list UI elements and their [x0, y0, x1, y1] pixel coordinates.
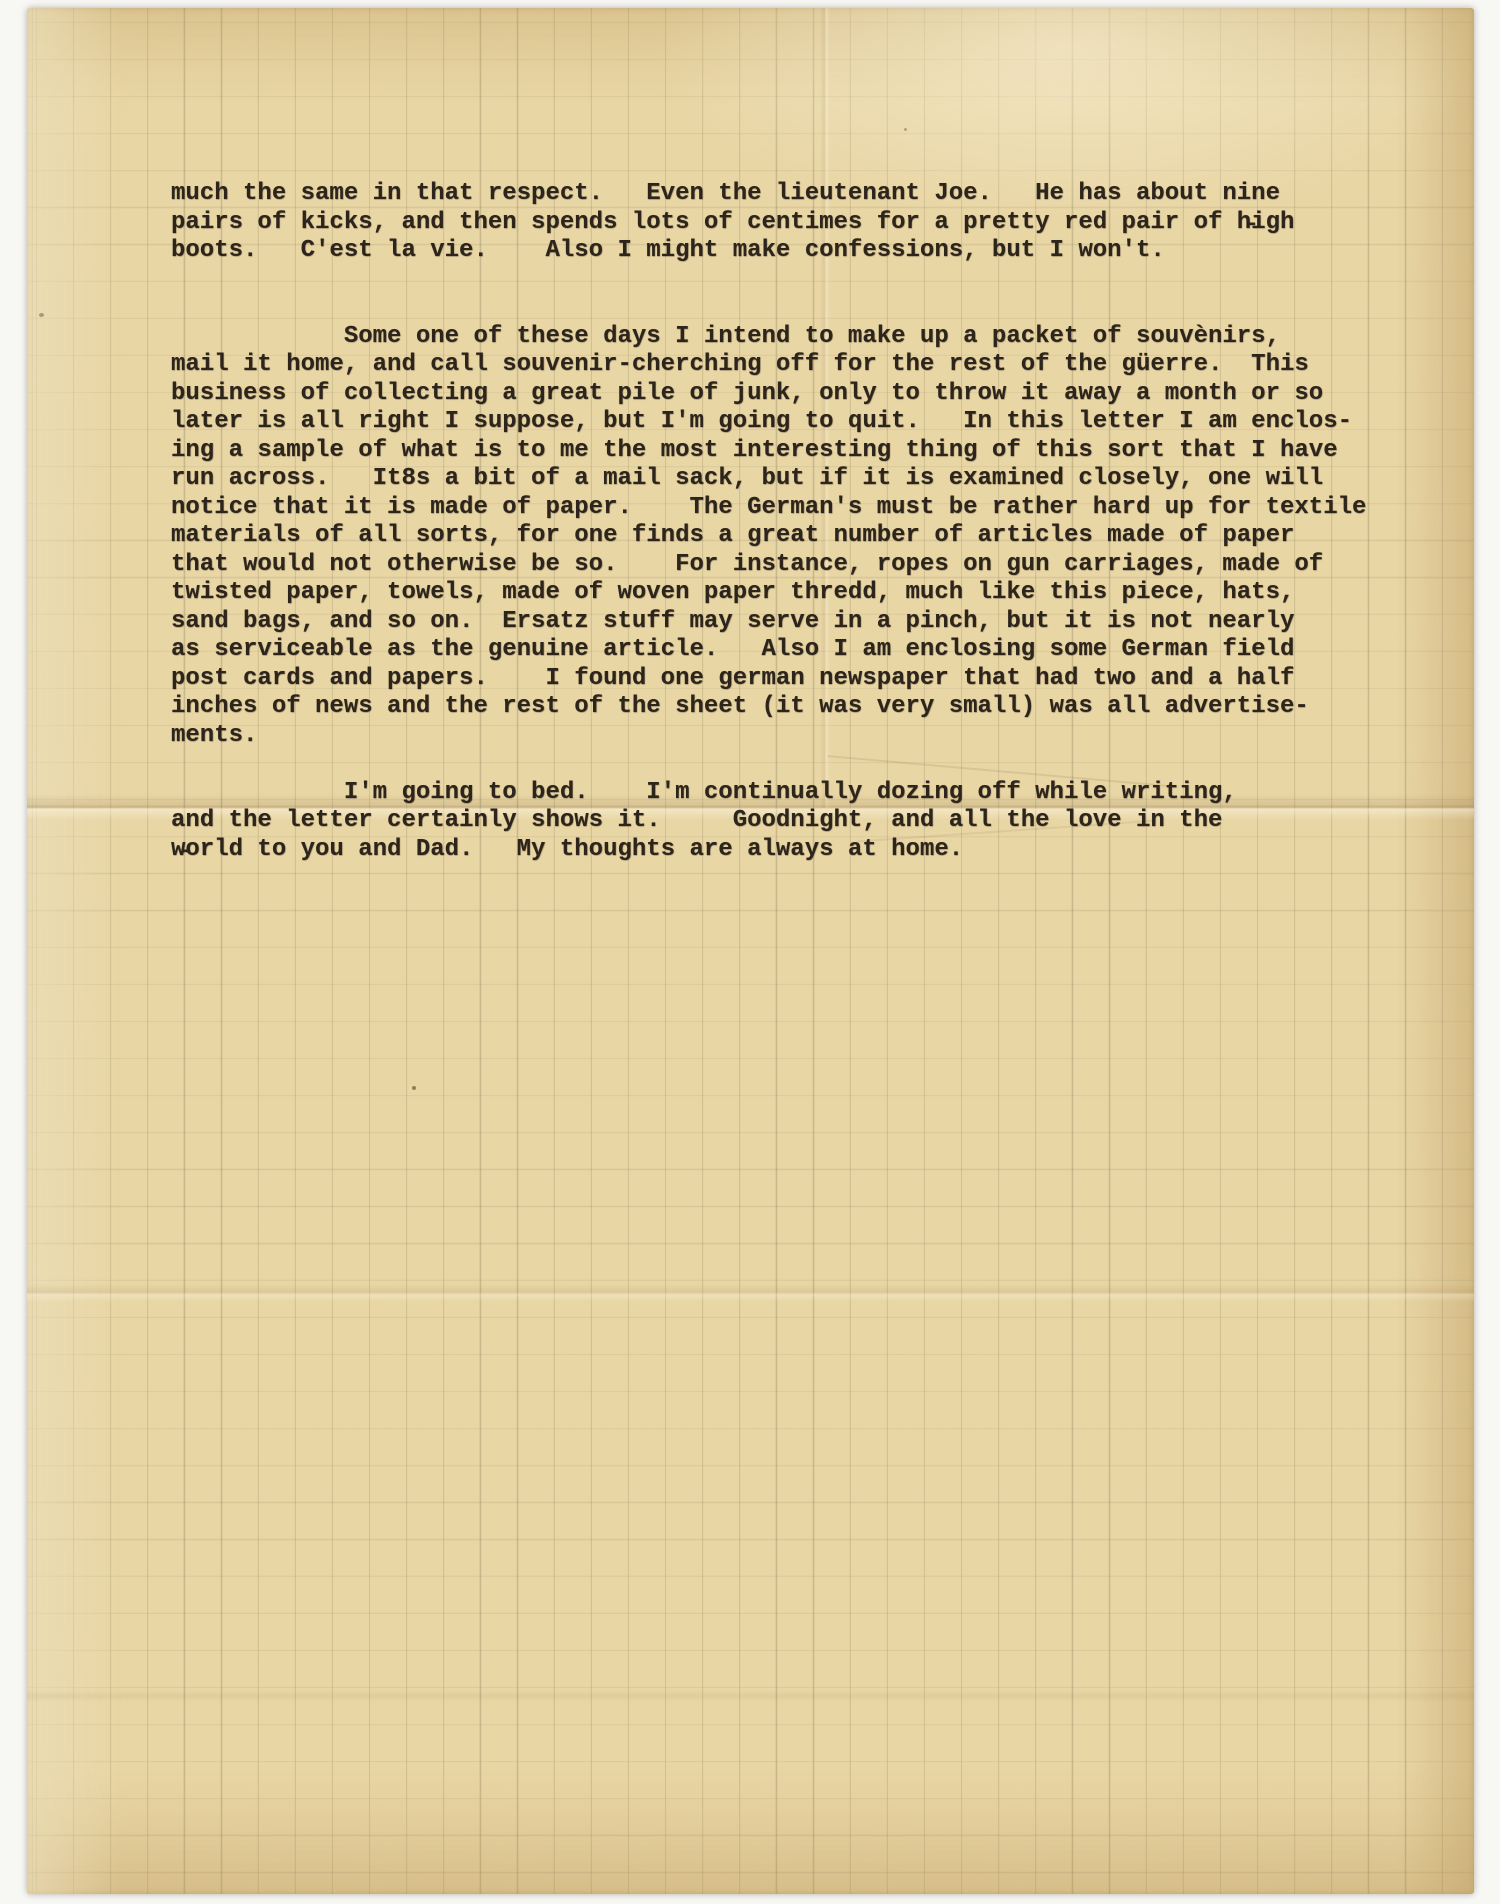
- letter-body-text: much the same in that respect. Even the …: [171, 180, 1451, 864]
- scan-backdrop: much the same in that respect. Even the …: [0, 0, 1500, 1904]
- letter-page: much the same in that respect. Even the …: [27, 8, 1474, 1894]
